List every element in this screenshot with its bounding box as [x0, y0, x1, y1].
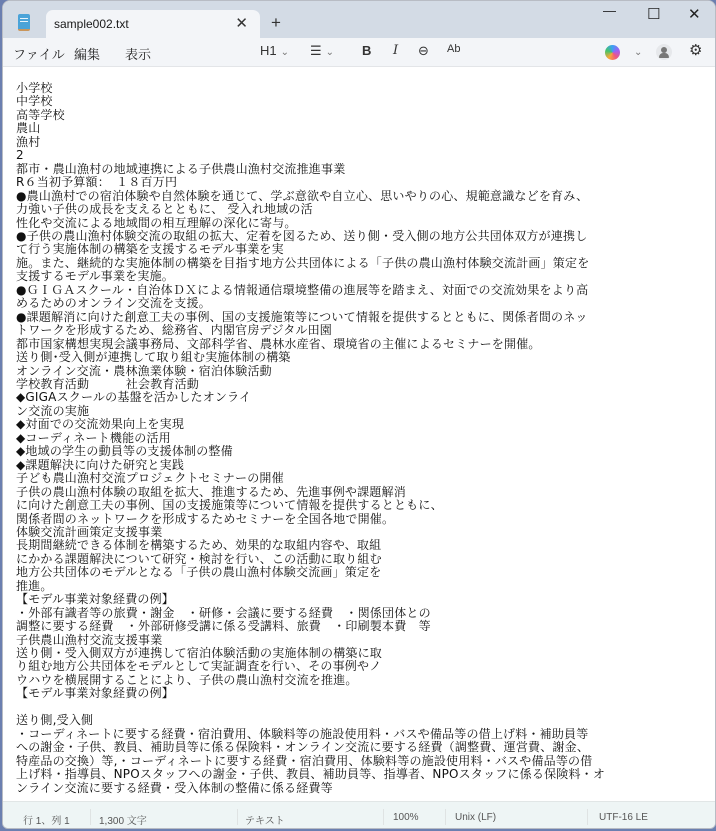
heading-label: H1 [260, 43, 277, 58]
chevron-down-icon: ⌄ [281, 47, 289, 58]
document-text[interactable]: 小学校 中学校 高等学校 農山 漁村 2 都市・農山漁村の地域連携による子供農山… [16, 82, 706, 795]
line-ending[interactable]: Unix (LF) [455, 812, 496, 823]
notepad-window: sample002.txt ✕ + — ☐ ✕ ファイル 編集 表示 H1⌄ ☰… [2, 0, 716, 829]
copilot-icon[interactable] [605, 45, 620, 60]
minimize-button[interactable]: — [603, 3, 616, 18]
menu-view[interactable]: 表示 [125, 44, 151, 63]
spellcheck-button[interactable]: Ab [447, 43, 460, 55]
account-avatar[interactable] [656, 44, 672, 60]
divider [587, 809, 588, 825]
new-tab-button[interactable]: + [271, 13, 281, 33]
format-label[interactable]: テキスト [245, 812, 285, 827]
settings-icon[interactable]: ⚙ [689, 41, 702, 59]
link-button[interactable]: ⊖ [418, 43, 429, 59]
italic-button[interactable]: I [393, 43, 398, 58]
list-dropdown[interactable]: ☰⌄ [310, 43, 334, 59]
cursor-position: 行 1、列 1 [23, 812, 70, 827]
bold-button[interactable]: B [362, 43, 371, 58]
menu-bar: ファイル 編集 表示 H1⌄ ☰⌄ B I ⊖ Ab ⌄ ⚙ [3, 38, 715, 67]
title-bar: sample002.txt ✕ + — ☐ ✕ [3, 1, 715, 38]
menu-edit[interactable]: 編集 [74, 44, 100, 63]
status-bar: 行 1、列 1 1,300 文字 テキスト 100% Unix (LF) UTF… [3, 801, 715, 829]
chevron-down-icon: ⌄ [634, 47, 642, 58]
menu-file[interactable]: ファイル [13, 44, 65, 63]
text-editor[interactable]: 小学校 中学校 高等学校 農山 漁村 2 都市・農山漁村の地域連携による子供農山… [3, 67, 715, 801]
char-count: 1,300 文字 [99, 812, 147, 827]
copilot-dropdown[interactable]: ⌄ [630, 43, 642, 58]
notepad-app-icon [18, 14, 30, 31]
divider [90, 809, 91, 825]
divider [383, 809, 384, 825]
heading-dropdown[interactable]: H1⌄ [260, 43, 289, 58]
tab-title: sample002.txt [54, 17, 129, 31]
chevron-down-icon: ⌄ [326, 47, 334, 58]
encoding[interactable]: UTF-16 LE [599, 812, 648, 823]
close-window-button[interactable]: ✕ [688, 5, 701, 23]
tab-sample002[interactable]: sample002.txt ✕ [46, 10, 260, 38]
divider [445, 809, 446, 825]
maximize-button[interactable]: ☐ [647, 5, 660, 23]
zoom-level[interactable]: 100% [393, 812, 419, 823]
list-icon: ☰ [310, 43, 322, 58]
tab-close-icon[interactable]: ✕ [235, 14, 248, 32]
divider [237, 809, 238, 825]
